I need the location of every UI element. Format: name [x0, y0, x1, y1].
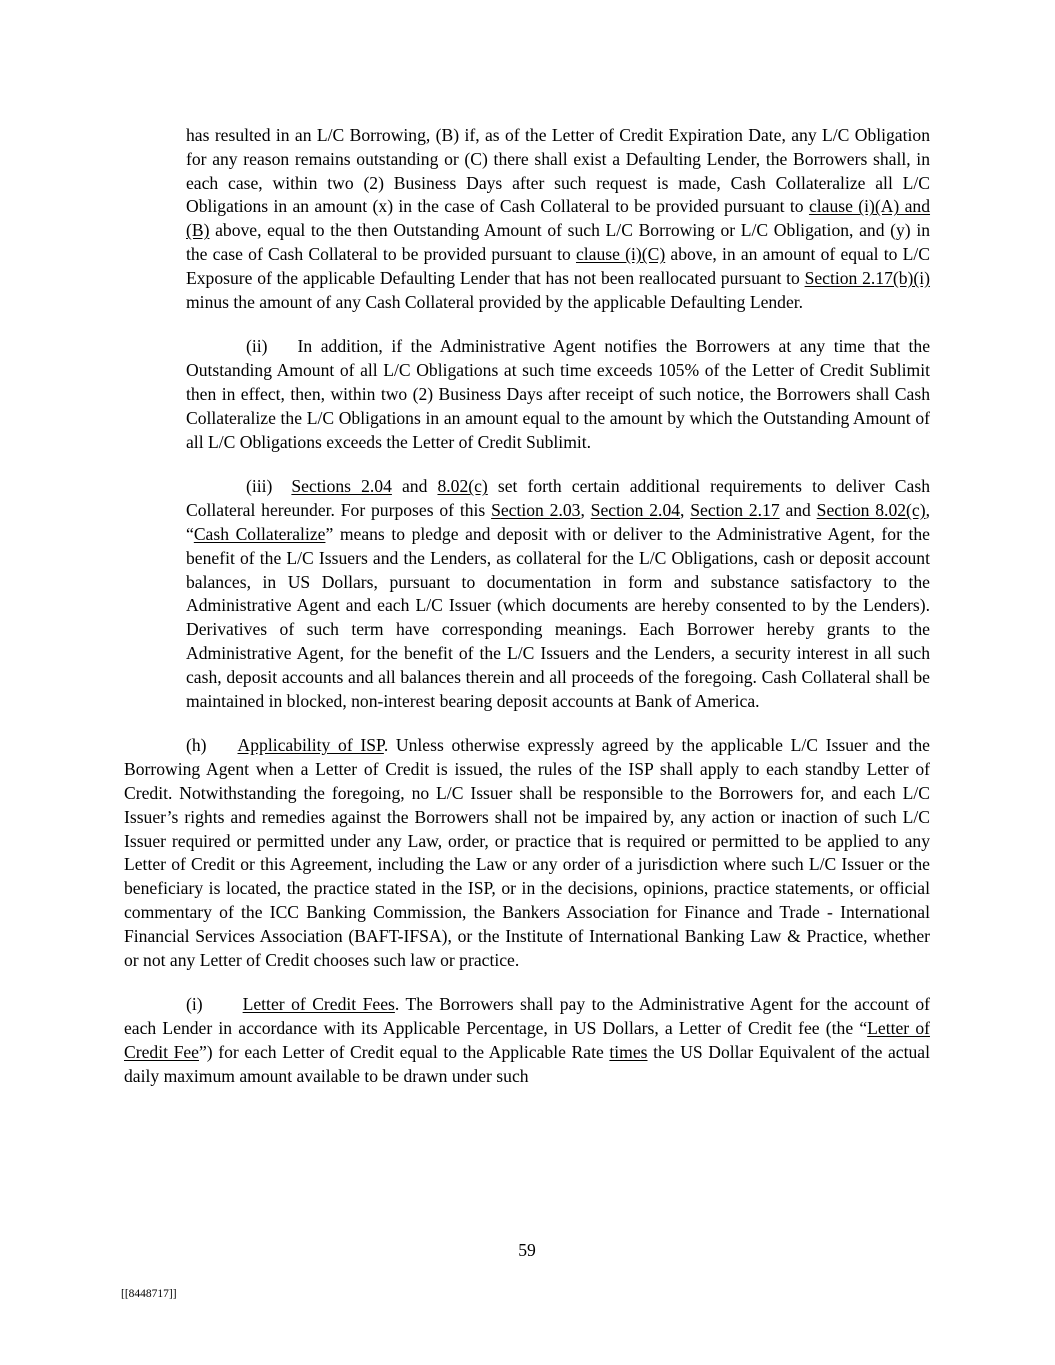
tab-space: [272, 491, 291, 492]
document-page: has resulted in an L/C Borrowing, (B) if…: [0, 0, 1055, 1365]
text-run: In addition, if the Administrative Agent…: [186, 336, 930, 451]
text-run: . Unless otherwise expressly agreed by t…: [124, 735, 930, 969]
text-run: minus the amount of any Cash Collateral …: [186, 292, 803, 312]
underlined-reference: 8.02(c): [437, 476, 487, 496]
text-run: and: [780, 500, 817, 520]
paragraph-iii: (iii)Sections 2.04 and 8.02(c) set forth…: [186, 475, 930, 713]
underlined-reference: times: [609, 1042, 647, 1062]
paragraph-i: (i)Letter of Credit Fees. The Borrowers …: [124, 993, 930, 1088]
text-run: (ii): [246, 336, 268, 356]
paragraph-ii: (ii)In addition, if the Administrative A…: [186, 335, 930, 454]
text-run: and: [392, 476, 438, 496]
underlined-reference: clause (i)(C): [576, 244, 665, 264]
text-run: (iii): [246, 476, 272, 496]
tab-space: [207, 750, 238, 751]
underlined-reference: Section 2.04: [591, 500, 680, 520]
underlined-reference: Section 8.02(c): [817, 500, 926, 520]
text-run: ,: [580, 500, 590, 520]
underlined-reference: Sections 2.04: [291, 476, 392, 496]
underlined-reference: Letter of Credit Fees: [243, 994, 395, 1014]
tab-space: [203, 1009, 243, 1010]
text-run: ,: [680, 500, 690, 520]
page-number: 59: [124, 1240, 930, 1261]
underlined-reference: Section 2.17: [690, 500, 779, 520]
tab-space: [268, 351, 298, 352]
document-id-stamp: [[8448717]]: [121, 1288, 177, 1300]
text-run: (h): [186, 735, 207, 755]
paragraph-h: (h)Applicability of ISP. Unless otherwis…: [124, 734, 930, 972]
underlined-reference: Section 2.03: [491, 500, 580, 520]
underlined-reference: Cash Collateralize: [194, 524, 326, 544]
paragraph-continuation: has resulted in an L/C Borrowing, (B) if…: [186, 124, 930, 314]
text-run: ”) for each Letter of Credit equal to th…: [199, 1042, 609, 1062]
text-run: (i): [186, 994, 203, 1014]
underlined-reference: Section 2.17(b)(i): [805, 268, 930, 288]
underlined-reference: Applicability of ISP: [238, 735, 384, 755]
document-body: has resulted in an L/C Borrowing, (B) if…: [124, 124, 930, 1088]
text-run: ” means to pledge and deposit with or de…: [186, 524, 930, 711]
